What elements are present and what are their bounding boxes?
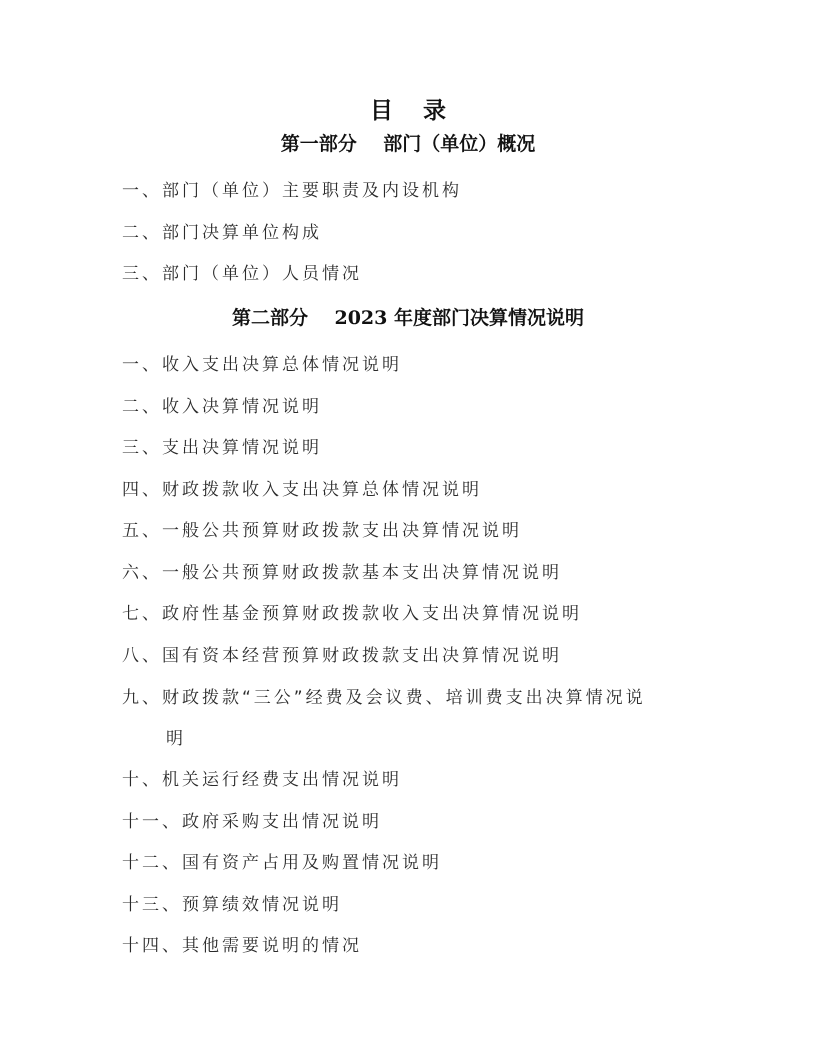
toc-item-number: 二、	[122, 397, 162, 417]
toc-item-number: 十四、	[122, 936, 182, 956]
toc-item-number: 三、	[122, 264, 162, 284]
toc-item-number: 六、	[122, 563, 162, 583]
table-of-contents-title: 目录	[0, 96, 816, 126]
toc-item[interactable]: 三、部门（单位）人员情况	[122, 262, 362, 286]
toc-item[interactable]: 八、国有资本经营预算财政拨款支出决算情况说明	[122, 644, 562, 668]
toc-item[interactable]: 六、一般公共预算财政拨款基本支出决算情况说明	[122, 561, 562, 585]
part2-heading: 第二部分 2023 年度部门决算情况说明	[0, 305, 816, 331]
toc-item[interactable]: 十四、其他需要说明的情况	[122, 934, 362, 958]
toc-item-number: 五、	[122, 521, 162, 541]
toc-item-text: 国有资本经营预算财政拨款支出决算情况说明	[162, 646, 562, 666]
toc-item[interactable]: 一、部门（单位）主要职责及内设机构	[122, 179, 462, 203]
toc-item-text: 部门（单位）主要职责及内设机构	[162, 181, 462, 201]
toc-item[interactable]: 二、收入决算情况说明	[122, 395, 322, 419]
toc-item[interactable]: 十三、预算绩效情况说明	[122, 893, 342, 917]
toc-item-text-continuation: 明	[122, 727, 646, 751]
toc-item-text: 支出决算情况说明	[162, 438, 322, 458]
toc-item-text: 其他需要说明的情况	[182, 936, 362, 956]
part1-heading: 第一部分 部门（单位）概况	[0, 131, 816, 157]
toc-item-number: 十二、	[122, 853, 182, 873]
toc-item-text: 国有资产占用及购置情况说明	[182, 853, 442, 873]
toc-item[interactable]: 九、财政拨款“三公”经费及会议费、培训费支出决算情况说 明	[122, 686, 646, 751]
toc-item-text: 收入决算情况说明	[162, 397, 322, 417]
toc-item-text: 部门（单位）人员情况	[162, 264, 362, 284]
toc-item-text: 政府性基金预算财政拨款收入支出决算情况说明	[162, 604, 582, 624]
toc-item[interactable]: 二、部门决算单位构成	[122, 221, 322, 245]
toc-item-number: 一、	[122, 355, 162, 375]
toc-item-number: 二、	[122, 223, 162, 243]
toc-item-text: 预算绩效情况说明	[182, 895, 342, 915]
document-page: 目录 第一部分 部门（单位）概况 一、部门（单位）主要职责及内设机构 二、部门决…	[0, 0, 816, 1056]
title-char-1: 目	[370, 98, 393, 124]
toc-item-text: 部门决算单位构成	[162, 223, 322, 243]
toc-item-text: 一般公共预算财政拨款基本支出决算情况说明	[162, 563, 562, 583]
toc-item-number: 三、	[122, 438, 162, 458]
toc-item-number: 一、	[122, 181, 162, 201]
toc-item-text: 一般公共预算财政拨款支出决算情况说明	[162, 521, 522, 541]
toc-item[interactable]: 十一、政府采购支出情况说明	[122, 810, 382, 834]
toc-item-number: 十三、	[122, 895, 182, 915]
toc-item[interactable]: 四、财政拨款收入支出决算总体情况说明	[122, 478, 482, 502]
toc-item-number: 八、	[122, 646, 162, 666]
toc-item-number: 十、	[122, 770, 162, 790]
toc-item-text: 财政拨款收入支出决算总体情况说明	[162, 480, 482, 500]
toc-item[interactable]: 十、机关运行经费支出情况说明	[122, 768, 402, 792]
toc-item[interactable]: 五、一般公共预算财政拨款支出决算情况说明	[122, 519, 522, 543]
toc-item[interactable]: 七、政府性基金预算财政拨款收入支出决算情况说明	[122, 602, 582, 626]
toc-item-text: 机关运行经费支出情况说明	[162, 770, 402, 790]
toc-item-number: 十一、	[122, 812, 182, 832]
toc-item[interactable]: 一、收入支出决算总体情况说明	[122, 353, 402, 377]
title-char-2: 录	[423, 98, 446, 124]
toc-item[interactable]: 十二、国有资产占用及购置情况说明	[122, 851, 442, 875]
toc-item-text: 财政拨款“三公”经费及会议费、培训费支出决算情况说	[162, 688, 646, 708]
toc-item-number: 七、	[122, 604, 162, 624]
toc-item-text: 收入支出决算总体情况说明	[162, 355, 402, 375]
toc-item-number: 四、	[122, 480, 162, 500]
toc-item[interactable]: 三、支出决算情况说明	[122, 436, 322, 460]
toc-item-number: 九、	[122, 688, 162, 708]
toc-item-text: 政府采购支出情况说明	[182, 812, 382, 832]
